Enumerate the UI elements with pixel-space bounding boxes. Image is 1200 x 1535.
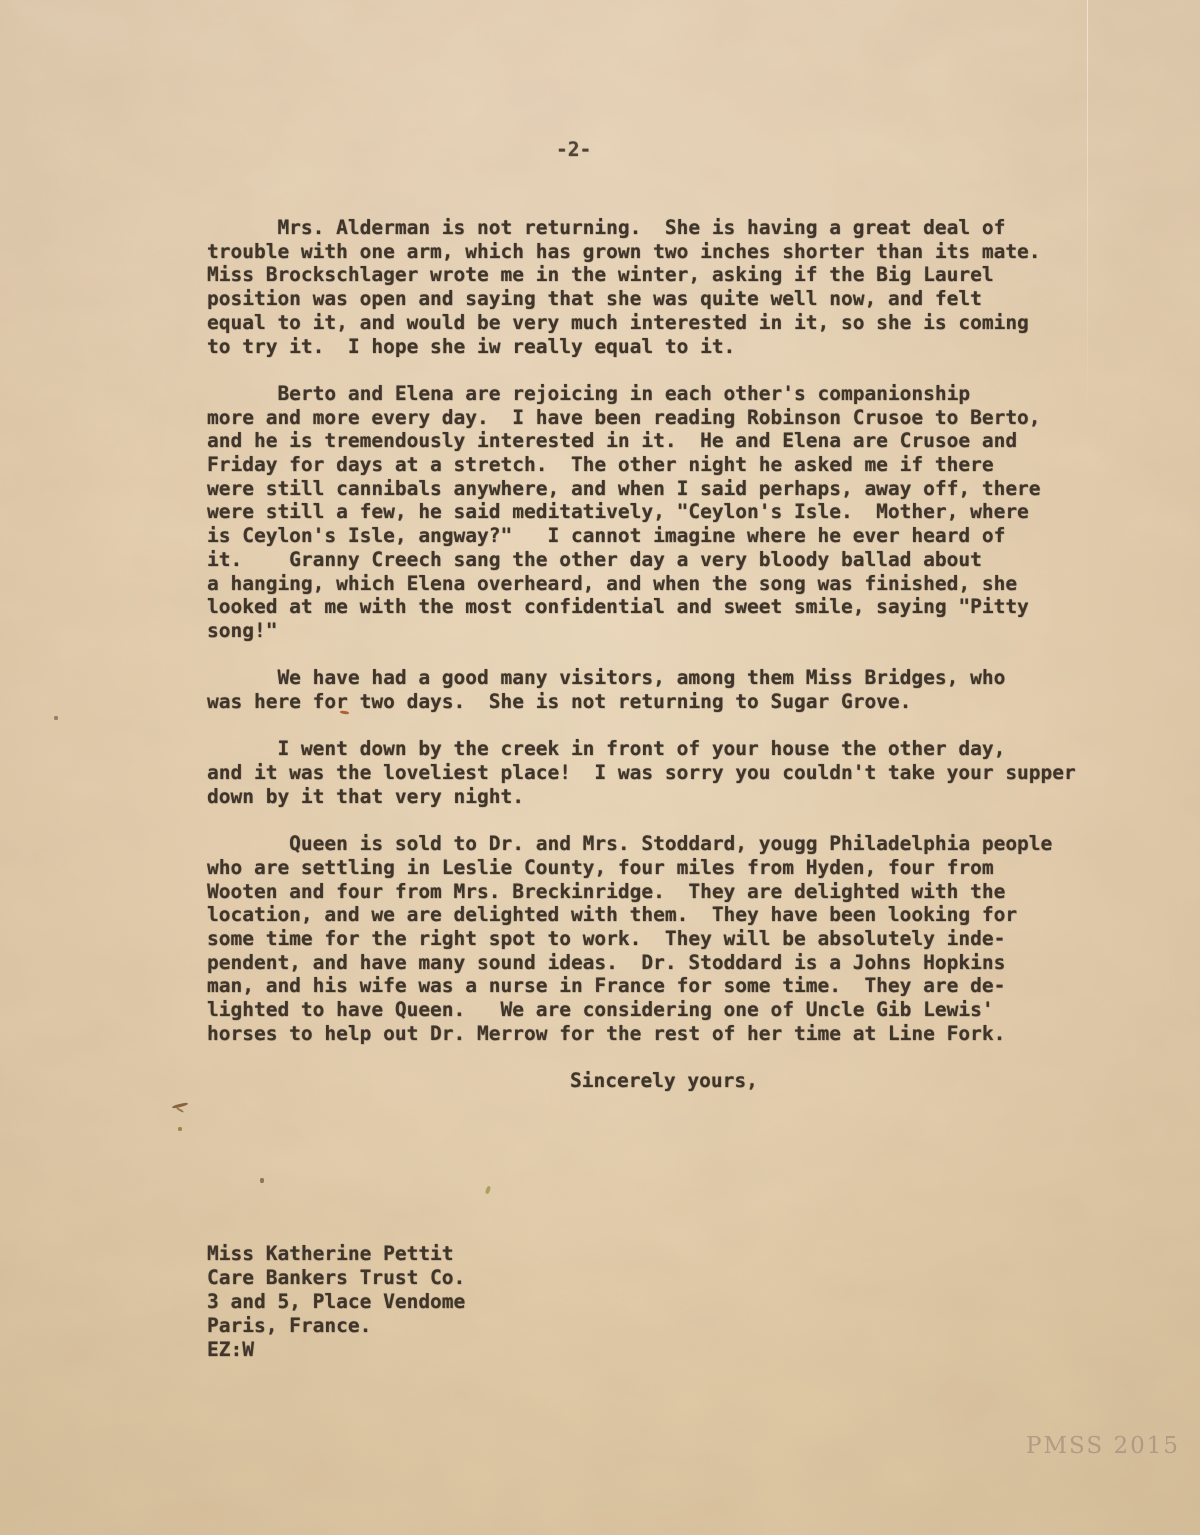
paragraph-visitors: We have had a good many visitors, among … [207, 666, 1076, 713]
pmss-watermark: PMSS 2015 [1026, 1433, 1180, 1459]
letter-body: Mrs. Alderman is not returning. She is h… [207, 216, 1076, 1093]
paragraph-creek: I went down by the creek in front of you… [207, 737, 1076, 808]
closing-salutation: Sincerely yours, [207, 1069, 1076, 1093]
page-number: -2- [556, 138, 591, 162]
paragraph-queen-stoddard: Queen is sold to Dr. and Mrs. Stoddard, … [207, 832, 1076, 1045]
paper-speck [485, 1186, 491, 1195]
paragraph-mrs-alderman: Mrs. Alderman is not returning. She is h… [207, 216, 1076, 358]
paragraph-berto-elena: Berto and Elena are rejoicing in each ot… [207, 382, 1076, 643]
paper-fiber-speck [172, 1102, 188, 1109]
recipient-address-block: Miss Katherine Pettit Care Bankers Trust… [207, 1242, 465, 1362]
paper-speck [178, 1127, 182, 1131]
paper-fiber-speck [176, 1107, 184, 1113]
paper-speck [260, 1178, 264, 1183]
paper-speck [54, 716, 58, 720]
scanned-letter-page: -2- Mrs. Alderman is not returning. She … [0, 0, 1200, 1535]
paper-crease-line [1087, 0, 1088, 430]
